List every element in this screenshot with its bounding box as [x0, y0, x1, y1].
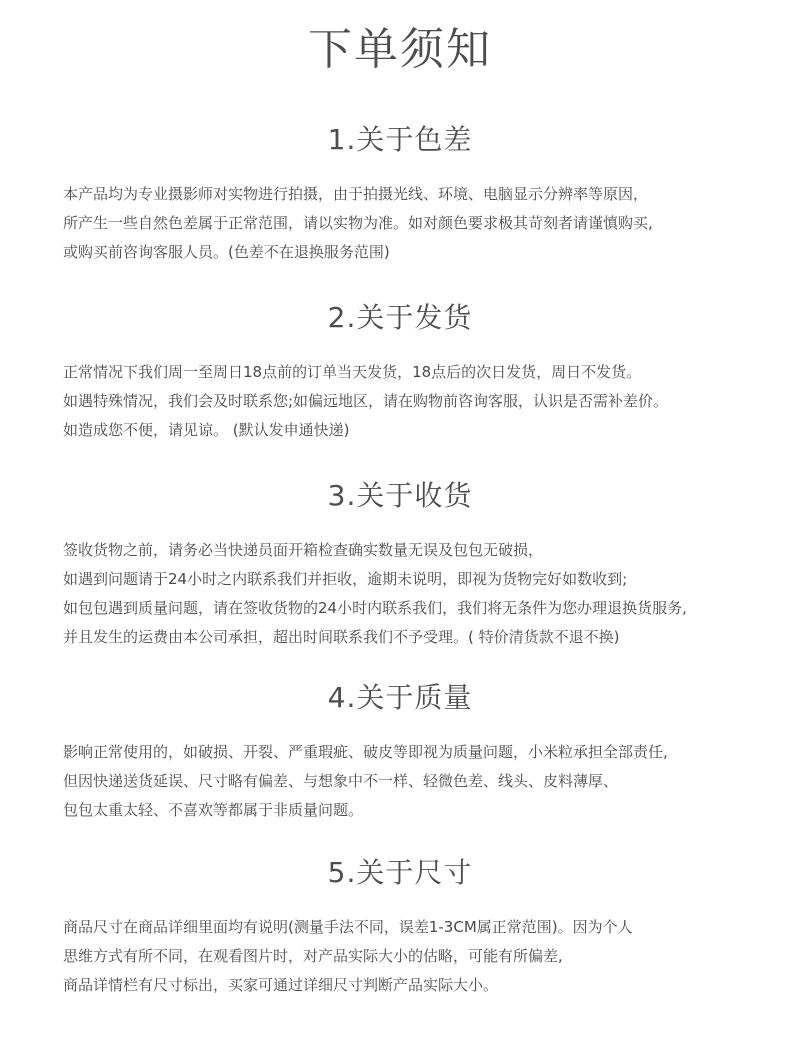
- body-line: 如造成您不便，请见谅。 (默认发申通快递): [63, 416, 793, 445]
- body-line: 签收货物之前，请务必当快递员面开箱检查确实数量无误及包包无破损，: [63, 536, 793, 565]
- body-line: 或购买前咨询客服人员。(色差不在退换服务范围): [63, 238, 793, 267]
- body-line: 但因快递送货延误、尺寸略有偏差、与想象中不一样、轻微色差、线头、皮料薄厚、: [63, 767, 793, 796]
- body-line: 正常情况下我们周一至周日18点前的订单当天发货，18点后的次日发货，周日不发货。: [63, 358, 793, 387]
- body-line: 如遇特殊情况，我们会及时联系您;如偏远地区，请在购物前咨询客服，认识是否需补差价…: [63, 387, 793, 416]
- body-line: 包包太重太轻、不喜欢等都属于非质量问题。: [63, 796, 793, 825]
- section-heading-color-difference: 1.关于色差: [0, 122, 800, 158]
- section-body-quality: 影响正常使用的，如破损、开裂、严重瑕疵、破皮等即视为质量问题，小米粒承担全部责任…: [63, 738, 793, 825]
- body-line: 并且发生的运费由本公司承担，超出时间联系我们不予受理。( 特价清货款不退不换): [63, 623, 793, 652]
- body-line: 商品尺寸在商品详细里面均有说明(测量手法不同，误差1-3CM属正常范围)。因为个…: [63, 913, 793, 942]
- body-line: 思维方式有所不同，在观看图片时，对产品实际大小的估略，可能有所偏差,: [63, 942, 793, 971]
- body-line: 影响正常使用的，如破损、开裂、严重瑕疵、破皮等即视为质量问题，小米粒承担全部责任…: [63, 738, 793, 767]
- section-heading-size: 5.关于尺寸: [0, 855, 800, 891]
- section-heading-receiving: 3.关于收货: [0, 478, 800, 514]
- body-line: 如包包遇到质量问题，请在签收货物的24小时内联系我们，我们将无条件为您办理退换货…: [63, 594, 793, 623]
- body-line: 商品详情栏有尺寸标出，买家可通过详细尺寸判断产品实际大小。: [63, 971, 793, 1000]
- body-line: 如遇到问题请于24小时之内联系我们并拒收，逾期未说明，即视为货物完好如数收到;: [63, 565, 793, 594]
- body-line: 所产生一些自然色差属于正常范围，请以实物为准。如对颜色要求极其苛刻者请谨慎购买,: [63, 209, 793, 238]
- section-heading-quality: 4.关于质量: [0, 680, 800, 716]
- section-body-shipping: 正常情况下我们周一至周日18点前的订单当天发货，18点后的次日发货，周日不发货。…: [63, 358, 793, 445]
- section-body-receiving: 签收货物之前，请务必当快递员面开箱检查确实数量无误及包包无破损， 如遇到问题请于…: [63, 536, 793, 652]
- page-title: 下单须知: [0, 22, 800, 78]
- section-body-color-difference: 本产品均为专业摄影师对实物进行拍摄，由于拍摄光线、环境、电脑显示分辨率等原因， …: [63, 180, 793, 267]
- section-heading-shipping: 2.关于发货: [0, 300, 800, 336]
- body-line: 本产品均为专业摄影师对实物进行拍摄，由于拍摄光线、环境、电脑显示分辨率等原因，: [63, 180, 793, 209]
- section-body-size: 商品尺寸在商品详细里面均有说明(测量手法不同，误差1-3CM属正常范围)。因为个…: [63, 913, 793, 1000]
